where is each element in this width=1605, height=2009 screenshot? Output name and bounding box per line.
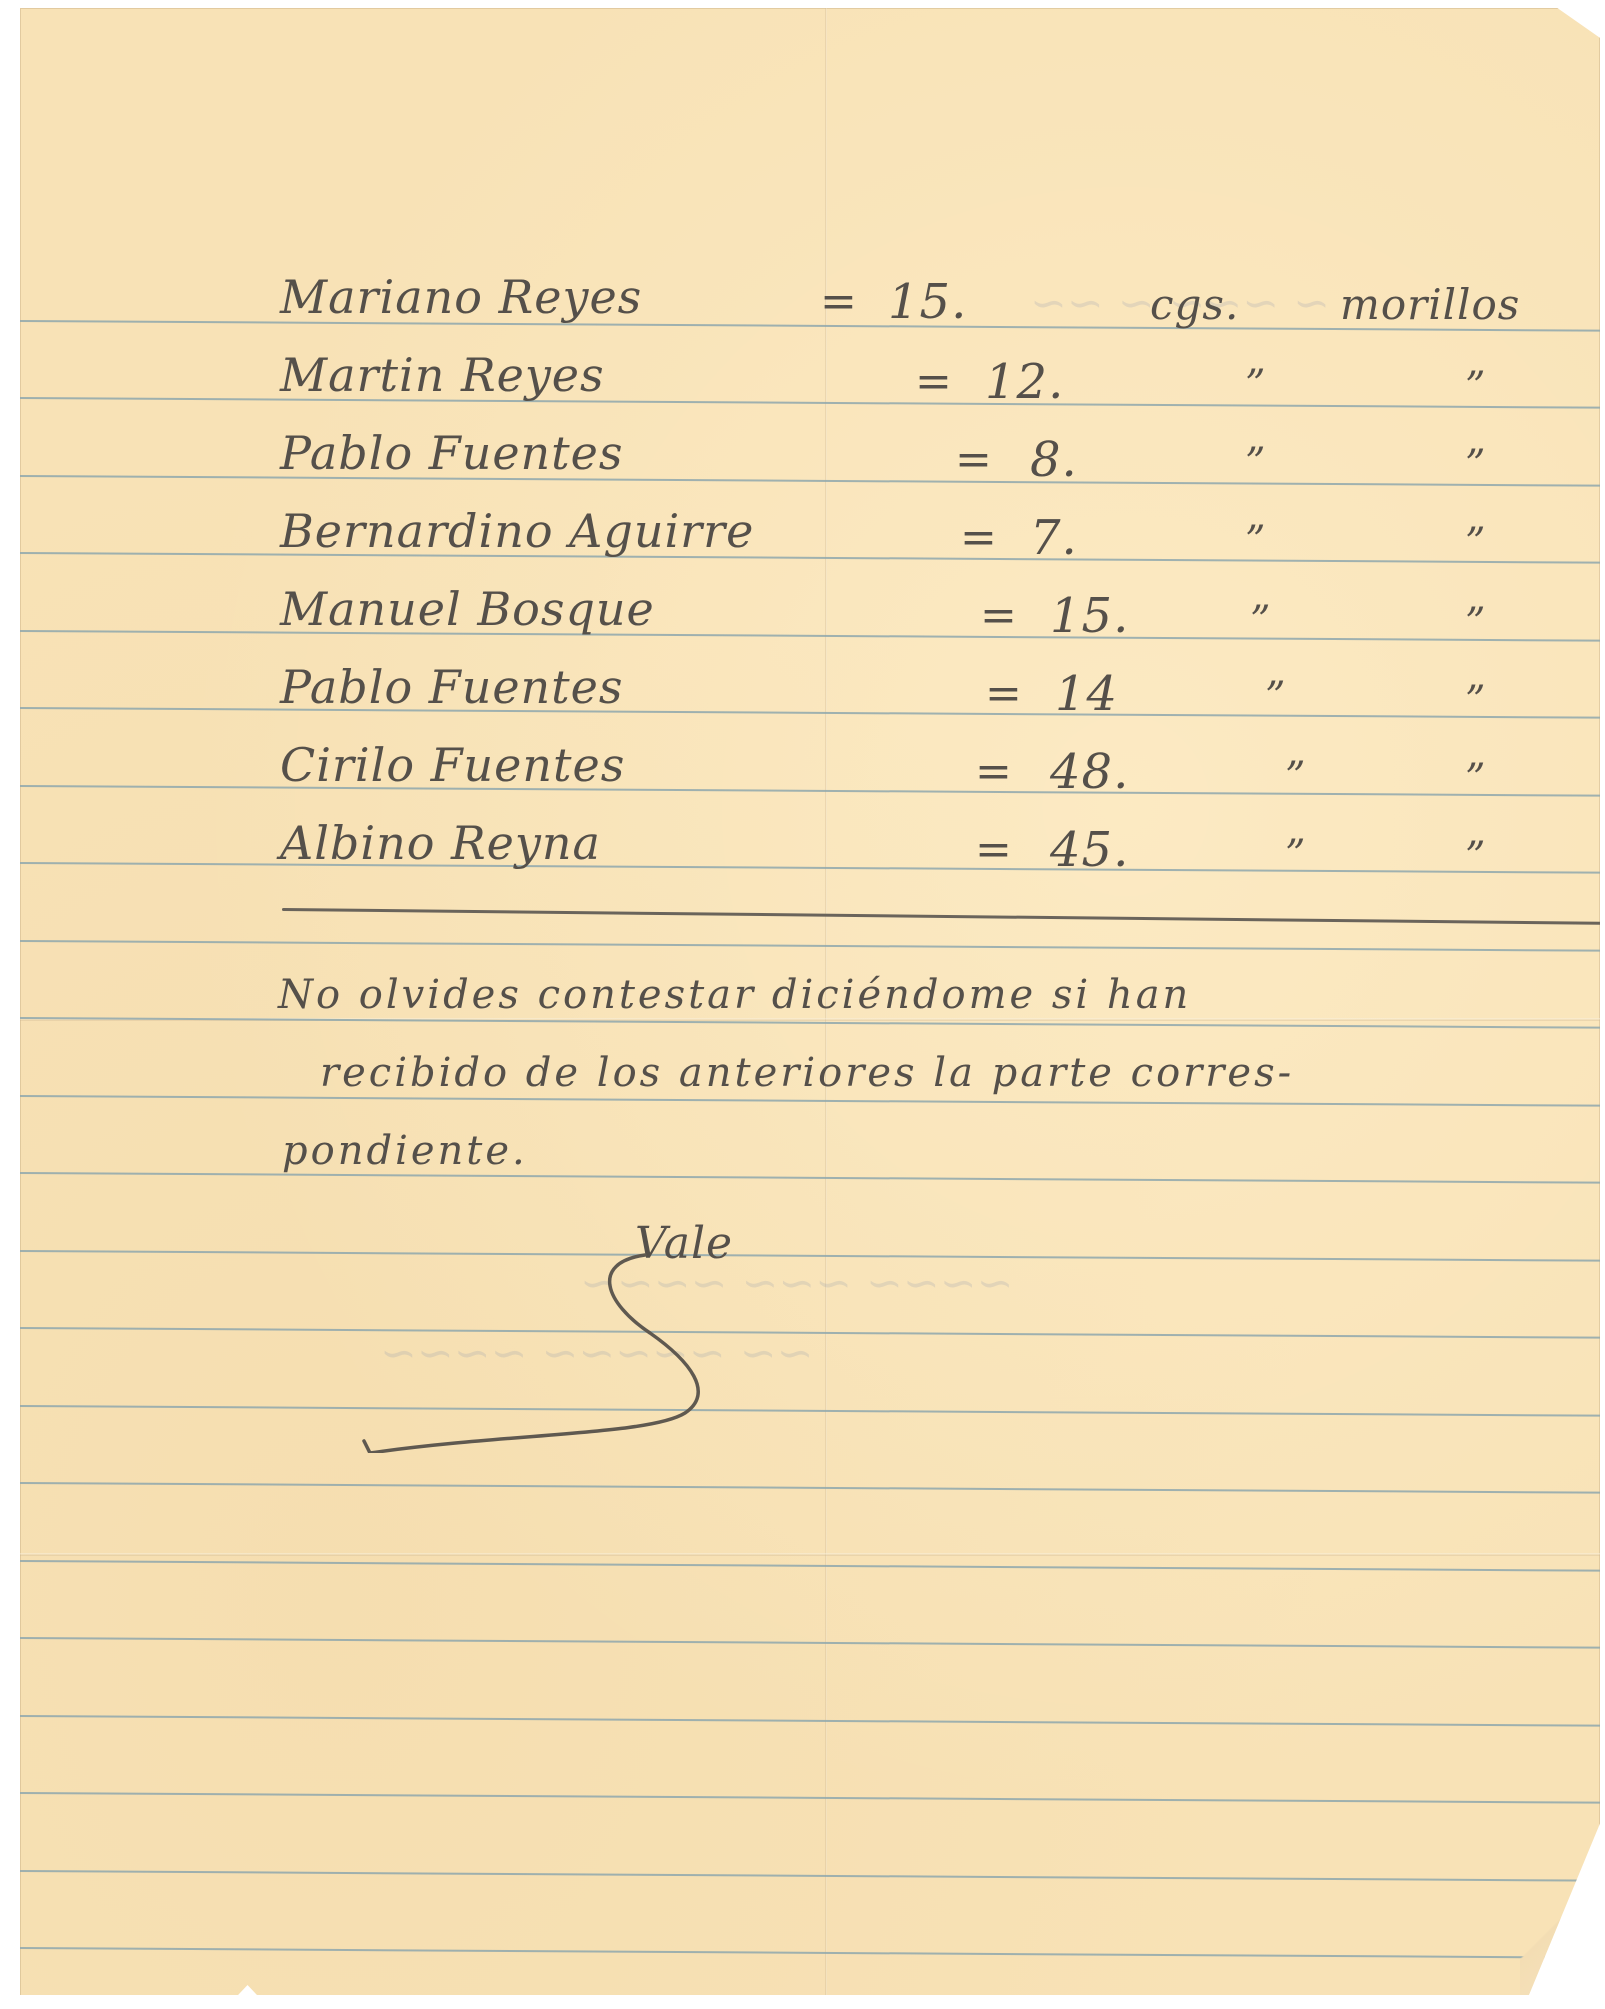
ditto-mark: ” xyxy=(1465,520,1487,566)
signature-flourish xyxy=(350,1243,950,1453)
equals-sign: = xyxy=(915,356,953,407)
equals-sign: = xyxy=(985,668,1023,719)
note-line: pondiente. xyxy=(282,1128,528,1174)
entry-quantity: 45. xyxy=(1050,822,1129,878)
ruled-line xyxy=(20,397,1600,408)
letter-page: ~ ~~~ ~ ~~ ~~~~ ~~~ ~~~~ ~~ ~~~~~ ~~~~ M… xyxy=(20,8,1600,2003)
equals-sign: = xyxy=(975,824,1013,875)
ruled-line xyxy=(20,1560,1600,1571)
ditto-mark: ” xyxy=(1465,600,1487,646)
equals-sign: = xyxy=(955,434,993,485)
list-underline xyxy=(282,908,1605,925)
folded-corner xyxy=(1520,1843,1600,2003)
ruled-line xyxy=(20,1095,1600,1106)
note-line: recibido de los anteriores la parte corr… xyxy=(320,1050,1294,1096)
equals-sign: = xyxy=(980,590,1018,641)
ditto-mark: ” xyxy=(1245,440,1267,486)
ruled-line xyxy=(20,552,1600,563)
equals-sign: = xyxy=(960,512,998,563)
ditto-mark: ” xyxy=(1245,362,1267,408)
entry-name: Bernardino Aguirre xyxy=(280,504,754,558)
entry-quantity: 48. xyxy=(1050,744,1129,800)
entry-name: Cirilo Fuentes xyxy=(280,738,625,792)
entry-name: Martin Reyes xyxy=(280,348,605,402)
ditto-mark: ” xyxy=(1250,598,1272,644)
ruled-line xyxy=(20,1947,1600,1958)
entry-quantity: 12. xyxy=(985,354,1064,410)
horizontal-fold-crease xyxy=(20,1553,1600,1556)
ruled-line xyxy=(20,1172,1600,1183)
ditto-mark: ” xyxy=(1285,832,1307,878)
entry-name: Pablo Fuentes xyxy=(280,660,624,714)
entry-quantity: 15. xyxy=(888,274,967,330)
ruled-line xyxy=(20,940,1600,951)
ruled-line xyxy=(20,1482,1600,1493)
unit-abbrev: cgs. xyxy=(1150,280,1239,329)
ditto-mark: ” xyxy=(1245,518,1267,564)
unit-name: morillos xyxy=(1340,280,1520,329)
ruled-line xyxy=(20,1637,1600,1648)
entry-quantity: 8. xyxy=(1030,432,1078,488)
ditto-mark: ” xyxy=(1265,674,1287,720)
entry-quantity: 7. xyxy=(1030,510,1078,566)
ruled-line xyxy=(20,1715,1600,1726)
ditto-mark: ” xyxy=(1465,834,1487,880)
entry-name: Manuel Bosque xyxy=(280,582,655,636)
ditto-mark: ” xyxy=(1465,442,1487,488)
entry-name: Mariano Reyes xyxy=(280,270,642,324)
ditto-mark: ” xyxy=(1465,756,1487,802)
note-line: No olvides contestar diciéndome si han xyxy=(278,972,1191,1018)
ditto-mark: ” xyxy=(1465,364,1487,410)
ruled-line xyxy=(20,862,1600,873)
equals-sign: = xyxy=(820,276,858,327)
ruled-line xyxy=(20,785,1600,796)
ditto-mark: ” xyxy=(1465,678,1487,724)
entry-name: Albino Reyna xyxy=(280,816,601,870)
ruled-line xyxy=(20,1870,1600,1881)
ruled-line xyxy=(20,707,1600,718)
entry-quantity: 15. xyxy=(1050,588,1129,644)
ruled-line xyxy=(20,630,1600,641)
entry-quantity: 14 xyxy=(1055,666,1118,722)
ruled-line xyxy=(20,1792,1600,1803)
equals-sign: = xyxy=(975,746,1013,797)
entry-name: Pablo Fuentes xyxy=(280,426,624,480)
ditto-mark: ” xyxy=(1285,754,1307,800)
ruled-line xyxy=(20,475,1600,486)
